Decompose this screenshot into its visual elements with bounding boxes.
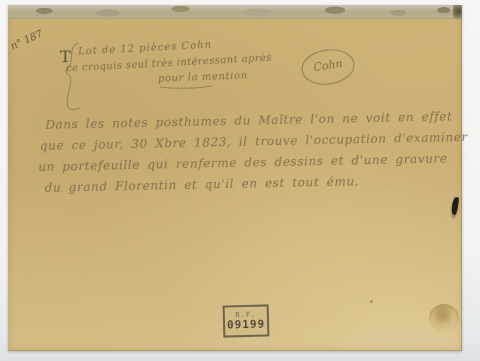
inventory-stamp: R.F. 09199 [223, 304, 270, 337]
oval-label: Cohn [307, 56, 348, 74]
edge-tear-mark [451, 197, 459, 216]
corner-smudge [453, 5, 462, 20]
corner-number: n° 187 [9, 29, 44, 53]
note-line-1: Lot de 12 pièces Cohn [78, 39, 213, 57]
main-paragraph: Dans les notes posthumes du Maître l'on … [37, 107, 411, 199]
note-line-3: pour la mention [158, 70, 248, 84]
paper-speckles [370, 300, 373, 303]
underline-mark [160, 86, 212, 88]
torn-top-edge [8, 5, 462, 19]
manuscript-sheet: n° 187 T Lot de 12 pièces Cohn ce croqui… [8, 5, 462, 351]
stamp-number: 09199 [227, 319, 265, 332]
circular-stain [429, 304, 459, 332]
